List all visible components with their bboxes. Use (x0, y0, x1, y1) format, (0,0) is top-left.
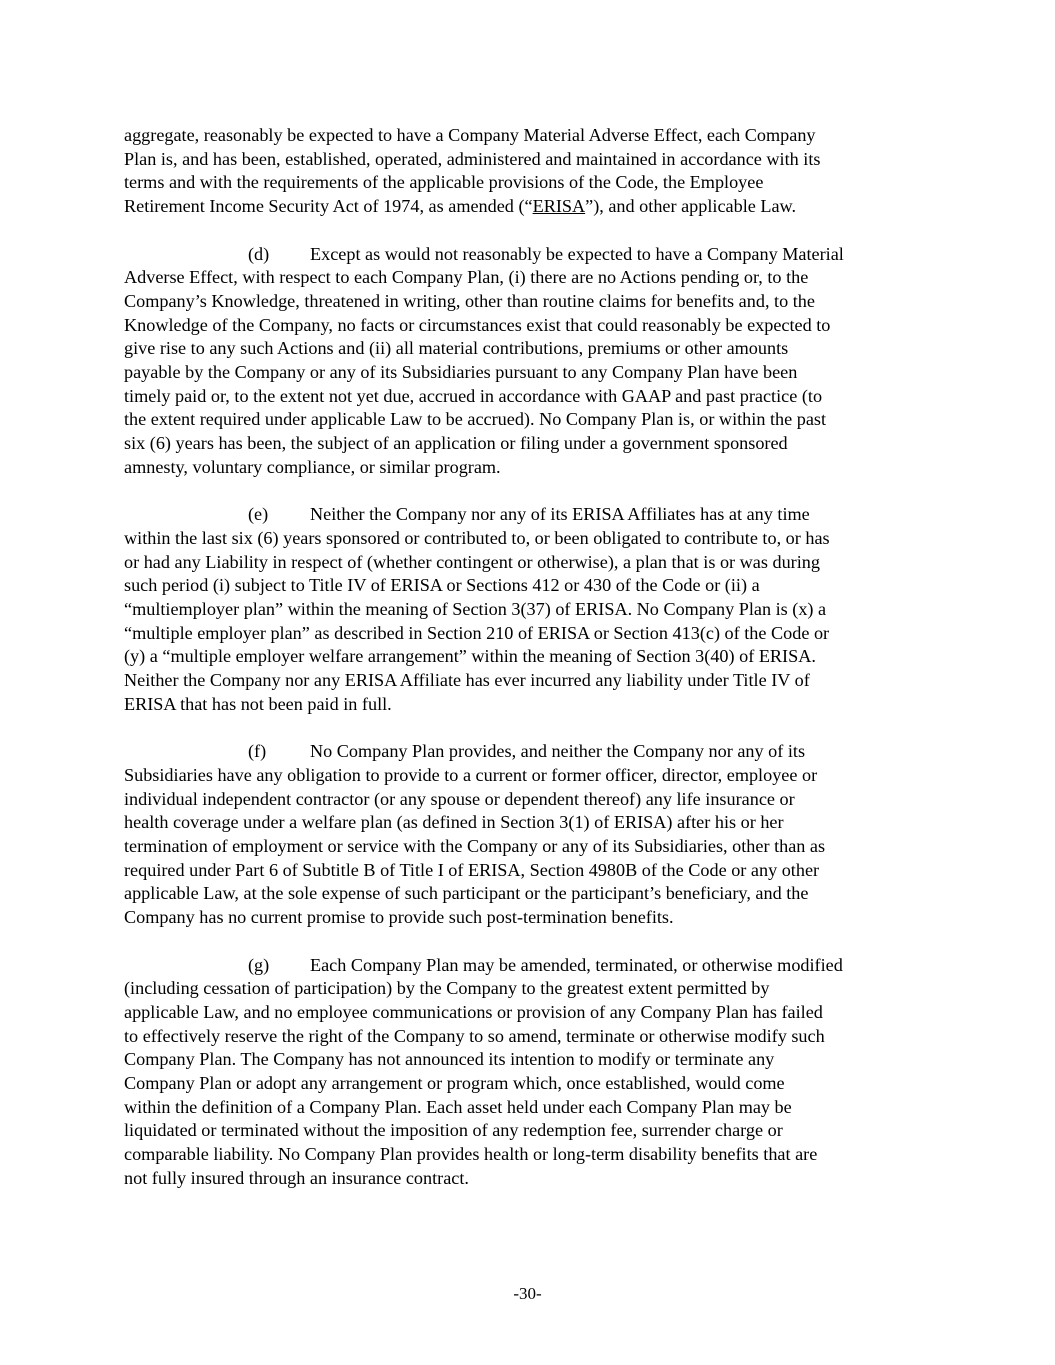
text-segment: Neither the Company nor any of its ERISA… (310, 504, 810, 524)
text-line: timely paid or, to the extent not yet du… (124, 385, 934, 409)
text-line: “multiemployer plan” within the meaning … (124, 598, 934, 622)
text-line: comparable liability. No Company Plan pr… (124, 1143, 934, 1167)
text-line: six (6) years has been, the subject of a… (124, 432, 934, 456)
page-number: -30- (0, 1284, 1055, 1304)
text-line: “multiple employer plan” as described in… (124, 622, 934, 646)
text-line: health coverage under a welfare plan (as… (124, 811, 934, 835)
text-segment: Except as would not reasonably be expect… (310, 244, 844, 264)
text-line: terms and with the requirements of the a… (124, 171, 934, 195)
text-line: Knowledge of the Company, no facts or ci… (124, 314, 934, 338)
text-line: Retirement Income Security Act of 1974, … (124, 195, 934, 219)
text-line: (e)Neither the Company nor any of its ER… (124, 503, 934, 527)
text-line: (d)Except as would not reasonably be exp… (124, 243, 934, 267)
text-line: (including cessation of participation) b… (124, 977, 934, 1001)
text-line: applicable Law, at the sole expense of s… (124, 882, 934, 906)
paragraph-f: (f)No Company Plan provides, and neither… (124, 740, 934, 930)
text-line: Company has no current promise to provid… (124, 906, 934, 930)
text-line: payable by the Company or any of its Sub… (124, 361, 934, 385)
text-line: Plan is, and has been, established, oper… (124, 148, 934, 172)
text-segment: Each Company Plan may be amended, termin… (310, 955, 843, 975)
text-line: ERISA that has not been paid in full. (124, 693, 934, 717)
text-line: Company Plan or adopt any arrangement or… (124, 1072, 934, 1096)
text-line: within the last six (6) years sponsored … (124, 527, 934, 551)
paragraph-d: (d)Except as would not reasonably be exp… (124, 243, 934, 480)
paragraph-g: (g)Each Company Plan may be amended, ter… (124, 954, 934, 1191)
text-line: the extent required under applicable Law… (124, 408, 934, 432)
text-line: amnesty, voluntary compliance, or simila… (124, 456, 934, 480)
text-line: (g)Each Company Plan may be amended, ter… (124, 954, 934, 978)
text-line: within the definition of a Company Plan.… (124, 1096, 934, 1120)
text-line: such period (i) subject to Title IV of E… (124, 574, 934, 598)
text-line: Neither the Company nor any ERISA Affili… (124, 669, 934, 693)
paragraph-carryover: aggregate, reasonably be expected to hav… (124, 124, 934, 219)
paragraph-e: (e)Neither the Company nor any of its ER… (124, 503, 934, 716)
text-line: Company’s Knowledge, threatened in writi… (124, 290, 934, 314)
text-line: required under Part 6 of Subtitle B of T… (124, 859, 934, 883)
section-label: (d) (248, 243, 310, 267)
text-segment: Retirement Income Security Act of 1974, … (124, 196, 533, 216)
section-label: (f) (248, 740, 310, 764)
text-line: aggregate, reasonably be expected to hav… (124, 124, 934, 148)
text-line: applicable Law, and no employee communic… (124, 1001, 934, 1025)
section-label: (e) (248, 503, 310, 527)
text-line: liquidated or terminated without the imp… (124, 1119, 934, 1143)
text-line: (y) a “multiple employer welfare arrange… (124, 645, 934, 669)
text-line: Subsidiaries have any obligation to prov… (124, 764, 934, 788)
text-line: termination of employment or service wit… (124, 835, 934, 859)
text-line: Adverse Effect, with respect to each Com… (124, 266, 934, 290)
text-line: individual independent contractor (or an… (124, 788, 934, 812)
section-label: (g) (248, 954, 310, 978)
text-line: give rise to any such Actions and (ii) a… (124, 337, 934, 361)
text-line: or had any Liability in respect of (whet… (124, 551, 934, 575)
text-segment: ”), and other applicable Law. (585, 196, 796, 216)
defined-term-erisa: ERISA (533, 196, 586, 216)
text-line: (f)No Company Plan provides, and neither… (124, 740, 934, 764)
text-line: Company Plan. The Company has not announ… (124, 1048, 934, 1072)
text-line: to effectively reserve the right of the … (124, 1025, 934, 1049)
text-line: not fully insured through an insurance c… (124, 1167, 934, 1191)
text-segment: No Company Plan provides, and neither th… (310, 741, 805, 761)
document-page: aggregate, reasonably be expected to hav… (124, 124, 934, 1214)
